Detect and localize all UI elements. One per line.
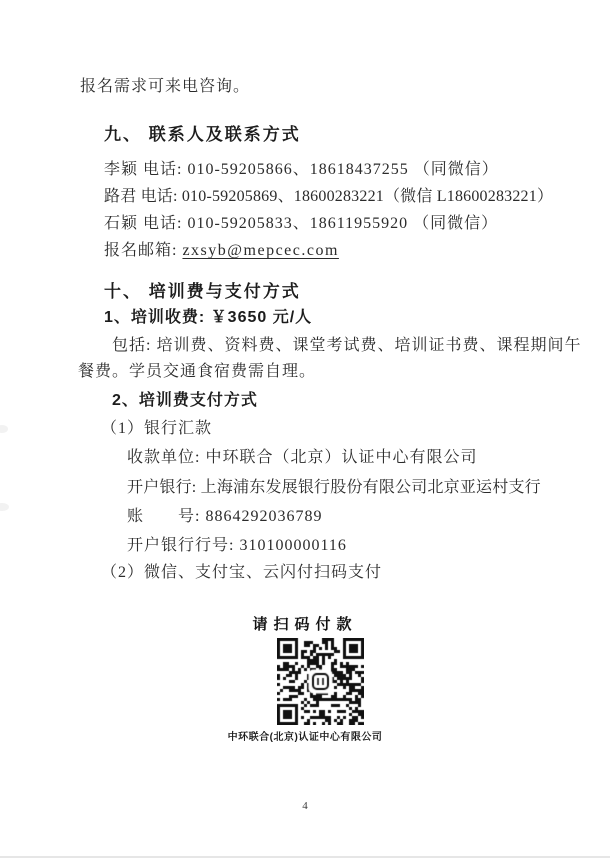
contact-line: 路君 电话: 010-59205869、18600283221（微信 L1860…: [104, 183, 553, 206]
qr-code: [277, 638, 364, 725]
payment-method-heading: 2、培训费支付方式: [112, 387, 258, 410]
qr-caption: 中环联合(北京)认证中心有限公司: [0, 728, 610, 743]
page-number: 4: [0, 800, 610, 812]
fee-line: 1、培训收费: ￥3650 元/人: [104, 304, 312, 327]
contact-line: 李颖 电话: 010-59205866、18618437255 （同微信）: [104, 156, 499, 179]
contacts-heading: 九、 联系人及联系方式: [104, 120, 301, 145]
document-page: 报名需求可来电咨询。 九、 联系人及联系方式 李颖 电话: 010-592058…: [0, 0, 610, 862]
intro-line: 报名需求可来电咨询。: [80, 73, 250, 96]
bank-detail-account: 账 号: 8864292036789: [127, 503, 322, 526]
scan-edge-line: [0, 856, 610, 858]
bank-detail-payee: 收款单位: 中环联合（北京）认证中心有限公司: [127, 444, 477, 467]
fee-includes-line-1: 包括: 培训费、资料费、课堂考试费、培训证书费、课程期间午: [112, 332, 581, 355]
scan-smudge: [0, 503, 9, 511]
email-address: zxsyb@mepcec.com: [182, 242, 338, 259]
fee-section-heading: 十、 培训费与支付方式: [104, 277, 301, 302]
bank-detail-bank-number: 开户银行行号: 310100000116: [127, 532, 347, 555]
email-label: 报名邮箱:: [104, 242, 182, 259]
bank-detail-bank: 开户银行: 上海浦东发展银行股份有限公司北京亚运村支行: [127, 474, 541, 497]
email-line: 报名邮箱: zxsyb@mepcec.com: [104, 237, 339, 260]
contact-line: 石颖 电话: 010-59205833、18611955920 （同微信）: [104, 210, 498, 233]
bank-transfer-item: （1）银行汇款: [101, 415, 212, 438]
qr-payment-title: 请扫码付款: [0, 613, 610, 634]
scan-pay-item: （2）微信、支付宝、云闪付扫码支付: [101, 559, 382, 582]
scan-smudge: [0, 425, 8, 433]
fee-includes-line-2: 餐费。学员交通食宿费需自理。: [78, 358, 316, 381]
